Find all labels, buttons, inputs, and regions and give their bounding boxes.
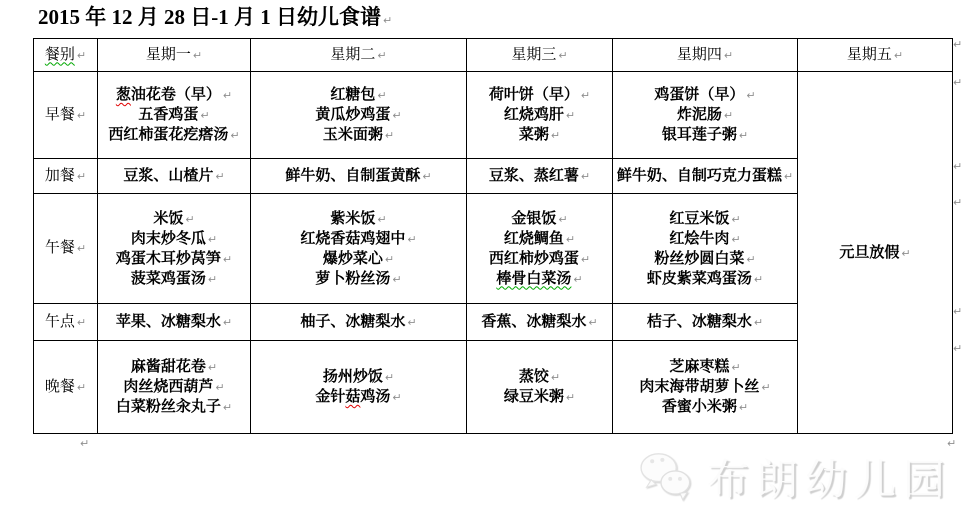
menu-line-text: 星期五 (847, 47, 892, 63)
line-break-mark: ↵ (407, 316, 416, 329)
menu-line-text: 五香鸡蛋 (138, 106, 198, 123)
menu-line: 晚餐↵ (35, 378, 96, 397)
menu-line-text: 午餐 (45, 240, 75, 256)
watermark-text: 布朗幼儿园 (707, 447, 952, 507)
menu-line: 鸡蛋饼（早）↵ (614, 85, 796, 105)
menu-line: 红烧鲷鱼↵ (468, 229, 611, 249)
menu-line-text: 香蕉、冰糖梨水 (481, 313, 586, 330)
row-end-mark: ↵ (953, 342, 962, 355)
menu-line-text: 苹果、冰糖梨水 (116, 313, 221, 330)
line-break-mark: ↵ (223, 316, 232, 329)
line-break-mark: ↵ (566, 109, 575, 122)
header-row: 餐别↵星期一↵星期二↵星期三↵星期四↵星期五↵ (34, 39, 953, 72)
menu-line: 肉丝烧西葫芦↵ (99, 377, 249, 397)
menu-line-text: 菜粥 (519, 126, 549, 143)
menu-line: 午餐↵ (35, 239, 96, 258)
line-break-mark: ↵ (731, 213, 740, 226)
menu-line: 玉米面粥↵ (252, 125, 465, 145)
line-break-mark: ↵ (223, 401, 232, 414)
menu-line-text: 棒骨白菜汤 (496, 270, 571, 287)
line-break-mark: ↵ (558, 213, 567, 226)
menu-line: 鲜牛奶、自制蛋黄酥↵ (252, 166, 465, 186)
cell-lunch-wednesday: 金银饭↵红烧鲷鱼↵西红柿炒鸡蛋↵棒骨白菜汤↵ (467, 194, 613, 304)
menu-line: 炸泥肠↵ (614, 105, 796, 125)
line-break-mark: ↵ (739, 401, 748, 414)
line-break-mark: ↵ (901, 247, 910, 260)
table-row-breakfast: 早餐↵葱油花卷（早）↵五香鸡蛋↵西红柿蛋花疙瘩汤↵红糖包↵黄瓜炒鸡蛋↵玉米面粥↵… (34, 72, 953, 159)
menu-line: 菜粥↵ (468, 125, 611, 145)
menu-line: 星期二↵ (252, 46, 465, 65)
menu-line: 棒骨白菜汤↵ (468, 269, 611, 289)
line-break-mark: ↵ (77, 109, 86, 122)
cell-dinner-tuesday: 扬州炒饭↵金针菇鸡汤↵ (251, 341, 467, 434)
menu-line: 葱油花卷（早）↵ (99, 85, 249, 105)
header-thursday: 星期四↵ (613, 39, 798, 72)
line-break-mark: ↵ (77, 316, 86, 329)
cell-dinner-monday: 麻酱甜花卷↵肉丝烧西葫芦↵白菜粉丝汆丸子↵ (98, 341, 251, 434)
page-title-text: 2015 年 12 月 28 日-1 月 1 日幼儿食谱 (38, 5, 381, 29)
menu-line: 荷叶饼（早）↵ (468, 85, 611, 105)
spellcheck-squiggle: 餐别 (45, 47, 75, 63)
menu-line-text: 肉末炒冬瓜 (131, 230, 206, 247)
menu-line: 麻酱甜花卷↵ (99, 357, 249, 377)
cell-lunch-tuesday: 紫米饭↵红烧香菇鸡翅中↵爆炒菜心↵萝卜粉丝汤↵ (251, 194, 467, 304)
line-break-mark: ↵ (588, 316, 597, 329)
line-break-mark: ↵ (77, 49, 86, 62)
menu-line: 芝麻枣糕↵ (614, 357, 796, 377)
meal-label-lunch: 午餐↵ (34, 194, 98, 304)
line-break-mark: ↵ (77, 381, 86, 394)
menu-line-text: 红烧鲷鱼 (504, 230, 564, 247)
menu-line: 金针菇鸡汤↵ (252, 387, 465, 407)
cell-breakfast-monday: 葱油花卷（早）↵五香鸡蛋↵西红柿蛋花疙瘩汤↵ (98, 72, 251, 159)
menu-line: 米饭↵ (99, 209, 249, 229)
menu-line: 鲜牛奶、自制巧克力蛋糕↵ (614, 166, 796, 186)
line-break-mark: ↵ (392, 391, 401, 404)
line-break-mark: ↵ (208, 273, 217, 286)
menu-table-body: 早餐↵葱油花卷（早）↵五香鸡蛋↵西红柿蛋花疙瘩汤↵红糖包↵黄瓜炒鸡蛋↵玉米面粥↵… (34, 72, 953, 434)
menu-line: 黄瓜炒鸡蛋↵ (252, 105, 465, 125)
menu-line-text: 绿豆米粥 (504, 388, 564, 405)
menu-line-text: 萝卜粉丝汤 (315, 270, 390, 287)
line-break-mark: ↵ (754, 316, 763, 329)
line-break-mark: ↵ (739, 129, 748, 142)
menu-line-text: 葱油花卷（早） (116, 86, 221, 103)
menu-line-text: 麻酱甜花卷 (131, 358, 206, 375)
cell-morning-snack-thursday: 鲜牛奶、自制巧克力蛋糕↵ (613, 159, 798, 194)
menu-line: 星期四↵ (614, 46, 796, 65)
header-friday: 星期五↵ (798, 39, 953, 72)
page-title: 2015 年 12 月 28 日-1 月 1 日幼儿食谱↵ (38, 1, 392, 31)
meal-label-dinner: 晚餐↵ (34, 341, 98, 434)
menu-line-text: 红糖包 (330, 86, 375, 103)
menu-line-text: 西红柿蛋花疙瘩汤 (108, 126, 228, 143)
menu-line: 扬州炒饭↵ (252, 367, 465, 387)
menu-line-text: 金针菇鸡汤 (315, 388, 390, 405)
menu-line-text: 鲜牛奶、自制蛋黄酥 (285, 167, 420, 184)
menu-line: 餐别↵ (35, 46, 96, 65)
menu-line-text: 星期三 (511, 47, 556, 63)
cell-morning-snack-wednesday: 豆浆、蒸红薯↵ (467, 159, 613, 194)
menu-line: 菠菜鸡蛋汤↵ (99, 269, 249, 289)
menu-line: 金银饭↵ (468, 209, 611, 229)
header-monday: 星期一↵ (98, 39, 251, 72)
cell-lunch-thursday: 红豆米饭↵红烩牛肉↵粉丝炒圆白菜↵虾皮紫菜鸡蛋汤↵ (613, 194, 798, 304)
line-break-mark: ↵ (77, 242, 86, 255)
menu-line-text: 银耳莲子粥 (662, 126, 737, 143)
menu-line: 午点↵ (35, 313, 96, 332)
menu-line-text: 爆炒菜心 (323, 250, 383, 267)
row-end-mark: ↵ (953, 38, 962, 51)
menu-line: 白菜粉丝汆丸子↵ (99, 397, 249, 417)
menu-line: 加餐↵ (35, 167, 96, 186)
menu-line-text: 金银饭 (511, 210, 556, 227)
menu-line-text: 午点 (45, 314, 75, 330)
line-break-mark: ↵ (215, 170, 224, 183)
line-break-mark: ↵ (581, 170, 590, 183)
menu-line-text: 豆浆、蒸红薯 (489, 167, 579, 184)
menu-line: 苹果、冰糖梨水↵ (99, 312, 249, 332)
cell-holiday-friday: 元旦放假↵ (798, 72, 953, 434)
header-meal-type: 餐别↵ (34, 39, 98, 72)
spellcheck-squiggle: 棒骨白菜汤 (496, 270, 571, 287)
line-break-mark: ↵ (377, 89, 386, 102)
menu-line: 肉末海带胡萝卜丝↵ (614, 377, 796, 397)
menu-line: 豆浆、蒸红薯↵ (468, 166, 611, 186)
menu-table: 餐别↵星期一↵星期二↵星期三↵星期四↵星期五↵ 早餐↵葱油花卷（早）↵五香鸡蛋↵… (33, 38, 953, 434)
menu-line-text: 加餐 (45, 168, 75, 184)
line-break-mark: ↵ (383, 14, 392, 27)
line-break-mark: ↵ (385, 129, 394, 142)
row-end-mark: ↵ (80, 437, 89, 450)
menu-line: 紫米饭↵ (252, 209, 465, 229)
line-break-mark: ↵ (558, 49, 567, 62)
header-wednesday: 星期三↵ (467, 39, 613, 72)
menu-line-text: 鸡蛋木耳炒莴笋 (116, 250, 221, 267)
menu-line-text: 星期四 (677, 47, 722, 63)
menu-line-text: 红烧香菇鸡翅中 (300, 230, 405, 247)
cell-breakfast-tuesday: 红糖包↵黄瓜炒鸡蛋↵玉米面粥↵ (251, 72, 467, 159)
menu-line: 肉末炒冬瓜↵ (99, 229, 249, 249)
line-break-mark: ↵ (392, 273, 401, 286)
line-break-mark: ↵ (746, 253, 755, 266)
menu-line-text: 桔子、冰糖梨水 (647, 313, 752, 330)
menu-line: 星期五↵ (799, 46, 951, 65)
menu-line-text: 餐别 (45, 47, 75, 63)
spellcheck-squiggle: 葱 (116, 86, 131, 103)
line-break-mark: ↵ (208, 361, 217, 374)
menu-line-text: 玉米面粥 (323, 126, 383, 143)
menu-line-text: 肉丝烧西葫芦 (123, 378, 213, 395)
header-tuesday: 星期二↵ (251, 39, 467, 72)
cell-lunch-monday: 米饭↵肉末炒冬瓜↵鸡蛋木耳炒莴笋↵菠菜鸡蛋汤↵ (98, 194, 251, 304)
menu-line: 豆浆、山楂片↵ (99, 166, 249, 186)
line-break-mark: ↵ (392, 109, 401, 122)
menu-line: 红豆米饭↵ (614, 209, 796, 229)
line-break-mark: ↵ (223, 89, 232, 102)
menu-line: 蒸饺↵ (468, 367, 611, 387)
cell-afternoon-snack-wednesday: 香蕉、冰糖梨水↵ (467, 304, 613, 341)
menu-line: 鸡蛋木耳炒莴笋↵ (99, 249, 249, 269)
line-break-mark: ↵ (230, 129, 239, 142)
menu-line-text: 肉末海带胡萝卜丝 (639, 378, 759, 395)
line-break-mark: ↵ (208, 233, 217, 246)
menu-line-text: 菠菜鸡蛋汤 (131, 270, 206, 287)
menu-line: 香蜜小米粥↵ (614, 397, 796, 417)
line-break-mark: ↵ (407, 233, 416, 246)
line-break-mark: ↵ (724, 49, 733, 62)
menu-line-text: 鲜牛奶、自制巧克力蛋糕 (617, 167, 782, 184)
menu-line: 红烩牛肉↵ (614, 229, 796, 249)
line-break-mark: ↵ (894, 49, 903, 62)
meal-label-afternoon-snack: 午点↵ (34, 304, 98, 341)
document-page: 2015 年 12 月 28 日-1 月 1 日幼儿食谱↵ 餐别↵星期一↵星期二… (0, 0, 978, 519)
line-break-mark: ↵ (377, 213, 386, 226)
menu-line: 绿豆米粥↵ (468, 387, 611, 407)
line-break-mark: ↵ (581, 89, 590, 102)
wechat-icon (639, 452, 695, 502)
line-break-mark: ↵ (193, 49, 202, 62)
menu-line: 桔子、冰糖梨水↵ (614, 312, 796, 332)
menu-line-text: 红烩牛肉 (669, 230, 729, 247)
cell-dinner-thursday: 芝麻枣糕↵肉末海带胡萝卜丝↵香蜜小米粥↵ (613, 341, 798, 434)
menu-line-text: 黄瓜炒鸡蛋 (315, 106, 390, 123)
menu-line: 元旦放假↵ (799, 243, 951, 263)
line-break-mark: ↵ (377, 49, 386, 62)
menu-line-text: 柚子、冰糖梨水 (300, 313, 405, 330)
meal-label-morning-snack: 加餐↵ (34, 159, 98, 194)
cell-breakfast-thursday: 鸡蛋饼（早）↵炸泥肠↵银耳莲子粥↵ (613, 72, 798, 159)
menu-line-text: 早餐 (45, 107, 75, 123)
spellcheck-squiggle: 菇 (345, 388, 360, 405)
line-break-mark: ↵ (754, 273, 763, 286)
menu-line-text: 元旦放假 (839, 244, 899, 261)
line-break-mark: ↵ (215, 381, 224, 394)
cell-morning-snack-monday: 豆浆、山楂片↵ (98, 159, 251, 194)
line-break-mark: ↵ (573, 273, 582, 286)
menu-line: 柚子、冰糖梨水↵ (252, 312, 465, 332)
line-break-mark: ↵ (223, 253, 232, 266)
cell-afternoon-snack-thursday: 桔子、冰糖梨水↵ (613, 304, 798, 341)
line-break-mark: ↵ (385, 371, 394, 384)
menu-line: 虾皮紫菜鸡蛋汤↵ (614, 269, 796, 289)
line-break-mark: ↵ (746, 89, 755, 102)
menu-line: 早餐↵ (35, 106, 96, 125)
menu-line: 五香鸡蛋↵ (99, 105, 249, 125)
menu-line-text: 虾皮紫菜鸡蛋汤 (647, 270, 752, 287)
menu-line-text: 红烧鸡肝 (504, 106, 564, 123)
menu-line-text: 鸡蛋饼（早） (654, 86, 744, 103)
menu-line: 西红柿炒鸡蛋↵ (468, 249, 611, 269)
menu-line-text: 红豆米饭 (669, 210, 729, 227)
menu-line: 红糖包↵ (252, 85, 465, 105)
row-end-mark: ↵ (953, 305, 962, 318)
menu-line: 爆炒菜心↵ (252, 249, 465, 269)
line-break-mark: ↵ (551, 129, 560, 142)
line-break-mark: ↵ (731, 361, 740, 374)
line-break-mark: ↵ (784, 170, 793, 183)
menu-line-text: 粉丝炒圆白菜 (654, 250, 744, 267)
menu-line-text: 星期一 (146, 47, 191, 63)
menu-line-text: 紫米饭 (330, 210, 375, 227)
menu-line-text: 炸泥肠 (677, 106, 722, 123)
line-break-mark: ↵ (422, 170, 431, 183)
menu-line-text: 晚餐 (45, 379, 75, 395)
row-end-mark: ↵ (953, 196, 962, 209)
menu-line-text: 香蜜小米粥 (662, 398, 737, 415)
menu-line-text: 星期二 (330, 47, 375, 63)
line-break-mark: ↵ (724, 109, 733, 122)
menu-line: 红烧鸡肝↵ (468, 105, 611, 125)
line-break-mark: ↵ (731, 233, 740, 246)
menu-line: 银耳莲子粥↵ (614, 125, 796, 145)
menu-line: 星期三↵ (468, 46, 611, 65)
line-break-mark: ↵ (185, 213, 194, 226)
menu-line-text: 蒸饺 (519, 368, 549, 385)
menu-line: 西红柿蛋花疙瘩汤↵ (99, 125, 249, 145)
line-break-mark: ↵ (566, 391, 575, 404)
line-break-mark: ↵ (200, 109, 209, 122)
menu-line-text: 豆浆、山楂片 (123, 167, 213, 184)
row-end-mark: ↵ (953, 160, 962, 173)
row-end-mark: ↵ (953, 76, 962, 89)
cell-morning-snack-tuesday: 鲜牛奶、自制蛋黄酥↵ (251, 159, 467, 194)
menu-line-text: 米饭 (153, 210, 183, 227)
line-break-mark: ↵ (566, 233, 575, 246)
line-break-mark: ↵ (581, 253, 590, 266)
menu-line: 星期一↵ (99, 46, 249, 65)
meal-label-breakfast: 早餐↵ (34, 72, 98, 159)
menu-line-text: 荷叶饼（早） (489, 86, 579, 103)
line-break-mark: ↵ (77, 170, 86, 183)
cell-afternoon-snack-tuesday: 柚子、冰糖梨水↵ (251, 304, 467, 341)
menu-line-text: 扬州炒饭 (323, 368, 383, 385)
menu-line-text: 白菜粉丝汆丸子 (116, 398, 221, 415)
line-break-mark: ↵ (385, 253, 394, 266)
cell-breakfast-wednesday: 荷叶饼（早）↵红烧鸡肝↵菜粥↵ (467, 72, 613, 159)
line-break-mark: ↵ (551, 371, 560, 384)
menu-line-text: 西红柿炒鸡蛋 (489, 250, 579, 267)
menu-line: 萝卜粉丝汤↵ (252, 269, 465, 289)
line-break-mark: ↵ (761, 381, 770, 394)
menu-line: 香蕉、冰糖梨水↵ (468, 312, 611, 332)
menu-line-text: 芝麻枣糕 (669, 358, 729, 375)
menu-line: 粉丝炒圆白菜↵ (614, 249, 796, 269)
watermark: 布朗幼儿园 (639, 447, 952, 507)
cell-dinner-wednesday: 蒸饺↵绿豆米粥↵ (467, 341, 613, 434)
cell-afternoon-snack-monday: 苹果、冰糖梨水↵ (98, 304, 251, 341)
menu-line: 红烧香菇鸡翅中↵ (252, 229, 465, 249)
